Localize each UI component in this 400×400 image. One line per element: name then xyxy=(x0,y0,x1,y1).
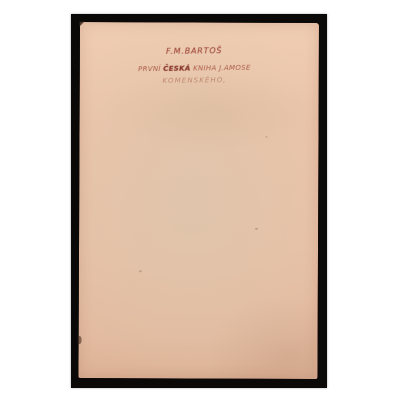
paper-speck xyxy=(139,270,142,272)
photo-canvas: F.M.BARTOŠ PRVNÍ ČESKÁ KNIHA J.AMOSE KOM… xyxy=(0,0,400,400)
inscription-title-line: PRVNÍ ČESKÁ KNIHA J.AMOSE xyxy=(80,63,309,74)
inscription-title-part1: PRVNÍ xyxy=(138,65,163,73)
inscription-title-part2-overwritten: ČESKÁ xyxy=(163,65,190,73)
book-photo: F.M.BARTOŠ PRVNÍ ČESKÁ KNIHA J.AMOSE KOM… xyxy=(71,14,327,388)
inscription-author-line: F.M.BARTOŠ xyxy=(80,45,309,57)
inscription-title-part3: KNIHA J.AMOSE xyxy=(191,64,251,73)
page-edge-notch xyxy=(78,336,82,344)
page-corner-chip xyxy=(79,21,85,27)
handwritten-inscription: F.M.BARTOŠ PRVNÍ ČESKÁ KNIHA J.AMOSE KOM… xyxy=(80,45,309,86)
book-page: F.M.BARTOŠ PRVNÍ ČESKÁ KNIHA J.AMOSE KOM… xyxy=(78,22,319,379)
paper-speck xyxy=(255,228,258,230)
paper-speck xyxy=(265,136,267,138)
inscription-title-line-2: KOMENSKÉHO, xyxy=(80,75,309,86)
